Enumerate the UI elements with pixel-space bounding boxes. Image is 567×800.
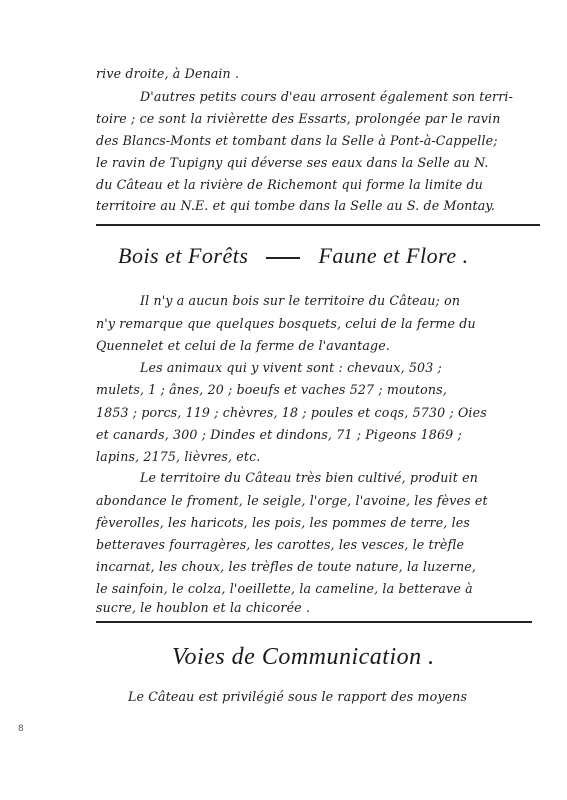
text-line: Quennelet et celui de la ferme de l'avan… [96,338,390,353]
text-line: mulets, 1 ; ânes, 20 ; boeufs et vaches … [96,382,447,397]
text-line: le sainfoin, le colza, l'oeillette, la c… [96,581,473,596]
text-line: Le territoire du Câteau très bien cultiv… [140,470,478,485]
text-line: territoire au N.E. et qui tombe dans la … [96,198,495,213]
text-line: rive droite, à Denain . [96,66,239,81]
heading-dash [266,257,300,259]
section-divider [96,224,540,226]
text-line: D'autres petits cours d'eau arrosent éga… [140,89,513,104]
text-line: sucre, le houblon et la chicorée . [96,600,310,615]
text-line: abondance le froment, le seigle, l'orge,… [96,493,488,508]
text-line: incarnat, les choux, les trèfles de tout… [96,559,476,574]
heading-voies-communication: Voies de Communication . [172,644,435,671]
text-line: Il n'y a aucun bois sur le territoire du… [140,293,460,308]
heading-faune-flore: Faune et Flore . [318,243,468,268]
text-line: betteraves fourragères, les carottes, le… [96,537,464,552]
text-line: et canards, 300 ; Dindes et dindons, 71 … [96,427,462,442]
text-line: Le Câteau est privilégié sous le rapport… [128,689,467,704]
text-line: fèverolles, les haricots, les pois, les … [96,515,470,530]
text-line: Les animaux qui y vivent sont : chevaux,… [140,360,442,375]
text-line: n'y remarque que quelques bosquets, celu… [96,316,476,331]
manuscript-page: rive droite, à Denain . D'autres petits … [0,0,567,800]
text-line: 1853 ; porcs, 119 ; chèvres, 18 ; poules… [96,405,487,420]
text-line: le ravin de Tupigny qui déverse ses eaux… [96,155,489,170]
text-line: toire ; ce sont la rivièrette des Essart… [96,111,500,126]
section-divider [96,621,532,623]
heading-bois-forets: Bois et Forêts [118,243,248,268]
page-number: 8 [18,724,24,734]
section-heading: Bois et ForêtsFaune et Flore . [118,243,469,269]
text-line: lapins, 2175, lièvres, etc. [96,449,260,464]
text-line: des Blancs-Monts et tombant dans la Sell… [96,133,498,148]
text-line: du Câteau et la rivière de Richemont qui… [96,177,483,192]
